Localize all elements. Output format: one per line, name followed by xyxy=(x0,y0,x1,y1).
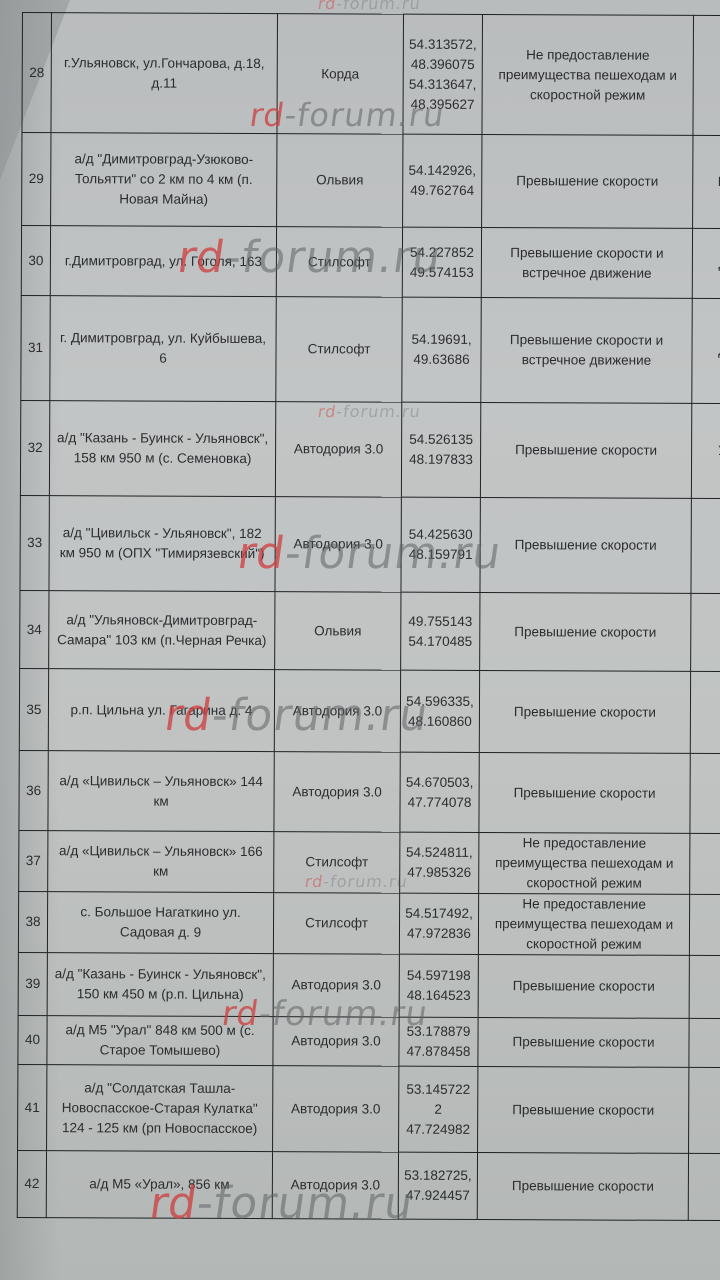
location-address: а/д М5 "Урал" 848 км 500 м (с. Старое То… xyxy=(47,1016,273,1066)
coordinates: 53.17887947.878458 xyxy=(399,1017,478,1066)
truncated-column: L xyxy=(690,753,720,833)
coordinates: 54.670503,47.774078 xyxy=(400,752,479,832)
coordinate-line: 49.762764 xyxy=(407,181,477,201)
coordinate-line: 47.924457 xyxy=(403,1186,473,1206)
coordinate-line: 47.774078 xyxy=(405,792,475,812)
coordinate-line: 48.159791 xyxy=(406,545,476,565)
table-row: 28г.Ульяновск, ул.Гончарова, д.18, д.11К… xyxy=(22,13,720,136)
location-address: г.Ульяновск, ул.Гончарова, д.18, д.11 xyxy=(51,13,278,134)
coordinate-line: 54.670503, xyxy=(405,772,475,792)
row-number: 35 xyxy=(19,668,48,750)
table-row: 42а/д М5 «Урал», 856 кмАвтодория 3.053.1… xyxy=(17,1150,720,1220)
camera-complex: Автодория 3.0 xyxy=(275,497,401,593)
row-number: 38 xyxy=(18,891,47,952)
location-address: а/д "Казань - Буинск - Ульяновск", 158 к… xyxy=(49,401,275,497)
coordinates: 54.42563048.159791 xyxy=(401,497,480,592)
coordinate-line: 47.972836 xyxy=(404,924,474,944)
coordinate-line: 48.395627 xyxy=(408,94,478,114)
coordinates: 54.524811,47.985326 xyxy=(400,832,479,893)
coordinate-line: 48.396075 xyxy=(408,54,478,74)
coordinate-line: 48.164523 xyxy=(404,986,474,1006)
row-number: 30 xyxy=(21,226,50,296)
location-address: а/д "Ульяновск-Димитровград-Самара" 103 … xyxy=(49,591,275,670)
camera-complex: Автодория 3.0 xyxy=(274,752,400,833)
truncated-column: Ди xyxy=(692,298,720,403)
camera-complex: Корда xyxy=(277,14,404,135)
violation-type: Превышение скорости xyxy=(482,135,693,229)
camera-complex: Стилсофт xyxy=(274,832,400,894)
truncated-column: Ме xyxy=(693,135,720,228)
row-number: 32 xyxy=(20,400,49,495)
row-number: 31 xyxy=(21,295,50,400)
truncated-column xyxy=(688,1153,720,1220)
row-number: 37 xyxy=(19,830,48,891)
camera-complex: Ольвия xyxy=(277,134,403,228)
coordinate-line: 54.526135 xyxy=(406,430,476,450)
location-address: г. Димитровград, ул. Куйбышева, 6 xyxy=(50,296,276,402)
coordinate-line: 2 xyxy=(403,1099,473,1119)
camera-complex: Стилсофт xyxy=(276,227,402,298)
table-row: 33а/д "Цивильск - Ульяновск", 182 км 950… xyxy=(20,495,720,593)
table-row: 41а/д "Солдатская Ташла-Новоспасское-Ста… xyxy=(18,1064,720,1153)
location-address: а/д «Цивильск – Ульяновск» 166 км xyxy=(48,831,274,893)
camera-complex: Стилсофт xyxy=(273,893,399,955)
location-address: а/д "Казань - Буинск - Ульяновск", 150 к… xyxy=(47,953,273,1017)
camera-locations-table: 28г.Ульяновск, ул.Гончарова, д.18, д.11К… xyxy=(17,12,720,1221)
coordinates: 54.52613548.197833 xyxy=(401,402,480,497)
location-address: а/д "Цивильск - Ульяновск", 182 км 950 м… xyxy=(49,496,275,592)
coordinates: 54.22785249.574153 xyxy=(402,227,481,297)
row-number: 33 xyxy=(20,495,49,590)
table-row: 32а/д "Казань - Буинск - Ульяновск", 158… xyxy=(20,400,720,498)
row-number: 42 xyxy=(17,1150,46,1217)
coordinate-line: 54.425630 xyxy=(406,525,476,545)
violation-type: Превышение скорости xyxy=(479,671,690,754)
truncated-column: Ди xyxy=(692,228,720,298)
location-address: г.Димитровград, ул. Гоголя, 163 xyxy=(50,226,276,297)
table-row: 29а/д "Димитровград-Узюково-Тольятти" со… xyxy=(22,133,720,229)
coordinate-line: 47.985326 xyxy=(404,863,474,883)
violation-type: Превышение скорости и встречное движение xyxy=(481,298,692,404)
violation-type: Не предоставление преимущества пешеходам… xyxy=(479,833,690,895)
coordinates: 54.142926,49.762764 xyxy=(403,134,482,227)
coordinate-line: 53.145722 xyxy=(403,1079,473,1099)
camera-complex: Ольвия xyxy=(275,592,401,671)
row-number: 28 xyxy=(22,13,52,133)
camera-complex: Стилсофт xyxy=(276,297,402,403)
table-row: 39а/д "Казань - Буинск - Ульяновск", 150… xyxy=(18,952,720,1018)
violation-type: Превышение скорости xyxy=(480,403,691,499)
violation-type: Превышение скорости xyxy=(480,498,691,594)
coordinates: 54.517492,47.972836 xyxy=(399,893,478,954)
violation-type: Превышение скорости и встречное движение xyxy=(481,228,692,299)
coordinate-line: 47.724982 xyxy=(403,1119,473,1139)
coordinate-line: 54.19691, xyxy=(407,330,477,350)
coordinate-line: 49.63686 xyxy=(406,350,476,370)
location-address: а/д «Цивильск – Ульяновск» 144 км xyxy=(48,751,274,832)
violation-type: Превышение скорости xyxy=(478,1066,689,1153)
coordinate-line: 53.182725, xyxy=(403,1166,473,1186)
truncated-column: У xyxy=(691,498,720,593)
truncated-column: У xyxy=(693,15,720,135)
truncated-column: Ул xyxy=(691,403,720,498)
row-number: 36 xyxy=(19,750,48,830)
coordinate-line: 54.227852 xyxy=(407,242,477,262)
row-number: 34 xyxy=(20,590,49,668)
coordinate-line: 48.160860 xyxy=(405,711,475,731)
coordinate-line: 54.142926, xyxy=(407,161,477,181)
coordinate-line: 54.313647, xyxy=(408,74,478,94)
truncated-column xyxy=(689,1018,720,1067)
coordinate-line: 54.524811, xyxy=(404,843,474,863)
coordinates: 54.19691,49.63686 xyxy=(402,297,481,402)
row-number: 29 xyxy=(22,133,51,226)
table-row: 30г.Димитровград, ул. Гоголя, 163Стилсоф… xyxy=(21,226,720,299)
truncated-column xyxy=(689,1067,720,1153)
coordinate-line: 54.313572, xyxy=(408,34,478,54)
violation-type: Превышение скорости xyxy=(477,1152,688,1220)
table-row: 40а/д М5 "Урал" 848 км 500 м (с. Старое … xyxy=(18,1015,720,1067)
table-row: 31г. Димитровград, ул. Куйбышева, 6Стилс… xyxy=(21,295,720,403)
coordinates: 49.75514354.170485 xyxy=(401,592,480,670)
coordinates: 54.59719848.164523 xyxy=(399,954,478,1017)
violation-type: Превышение скорости xyxy=(479,753,690,834)
location-address: а/д "Солдатская Ташла-Новоспасское-Стара… xyxy=(47,1065,273,1152)
row-number: 41 xyxy=(18,1064,47,1150)
coordinate-line: 47.878458 xyxy=(403,1042,473,1062)
row-number: 39 xyxy=(18,952,47,1015)
truncated-column: L xyxy=(690,671,720,753)
truncated-column xyxy=(689,955,720,1018)
truncated-column xyxy=(690,833,720,894)
location-address: а/д "Димитровград-Узюково-Тольятти" со 2… xyxy=(51,133,277,227)
camera-complex: Автодория 3.0 xyxy=(273,1066,399,1153)
camera-complex: Автодория 3.0 xyxy=(275,402,401,498)
violation-type: Не предоставление преимущества пешеходам… xyxy=(478,894,689,956)
location-address: р.п. Цильна ул. Гагарина д. 4 xyxy=(48,669,274,752)
coordinates: 53.182725,47.924457 xyxy=(398,1152,477,1219)
coordinate-line: 48.197833 xyxy=(406,450,476,470)
violation-type: Не предоставление преимущества пешеходам… xyxy=(482,15,694,136)
coordinate-line: 53.178879 xyxy=(404,1022,474,1042)
table-row: 38с. Большое Нагаткино ул. Садовая д. 9С… xyxy=(18,891,720,955)
watermark: rd-forum.ru xyxy=(317,0,422,13)
violation-type: Превышение скорости xyxy=(480,593,691,672)
truncated-column xyxy=(689,894,720,955)
coordinate-line: 49.755143 xyxy=(405,611,475,631)
row-number: 40 xyxy=(18,1015,47,1064)
table-row: 34а/д "Ульяновск-Димитровград-Самара" 10… xyxy=(20,590,720,671)
truncated-column: М xyxy=(691,593,720,671)
violation-type: Превышение скорости xyxy=(478,955,689,1019)
location-address: с. Большое Нагаткино ул. Садовая д. 9 xyxy=(47,892,273,954)
location-address: а/д М5 «Урал», 856 км xyxy=(46,1151,272,1219)
violation-type: Превышение скорости xyxy=(478,1017,689,1067)
coordinate-line: 54.170485 xyxy=(405,631,475,651)
coordinate-line: 54.597198 xyxy=(404,966,474,986)
camera-complex: Автодория 3.0 xyxy=(273,1017,399,1067)
camera-complex: Автодория 3.0 xyxy=(272,1152,398,1220)
coordinates: 53.145722247.724982 xyxy=(399,1066,478,1152)
coordinate-line: 49.574153 xyxy=(407,262,477,282)
coordinate-line: 54.517492, xyxy=(404,904,474,924)
table-row: 36а/д «Цивильск – Ульяновск» 144 кмАвтод… xyxy=(19,750,720,833)
camera-complex: Автодория 3.0 xyxy=(273,954,399,1018)
table-row: 35р.п. Цильна ул. Гагарина д. 4Автодория… xyxy=(19,668,720,753)
coordinate-line: 54.596335, xyxy=(405,691,475,711)
coordinates: 54.313572,48.39607554.313647,48.395627 xyxy=(403,14,483,134)
table-row: 37а/д «Цивильск – Ульяновск» 166 кмСтилс… xyxy=(19,830,720,894)
camera-complex: Автодория 3.0 xyxy=(274,670,400,753)
coordinates: 54.596335,48.160860 xyxy=(400,670,479,752)
